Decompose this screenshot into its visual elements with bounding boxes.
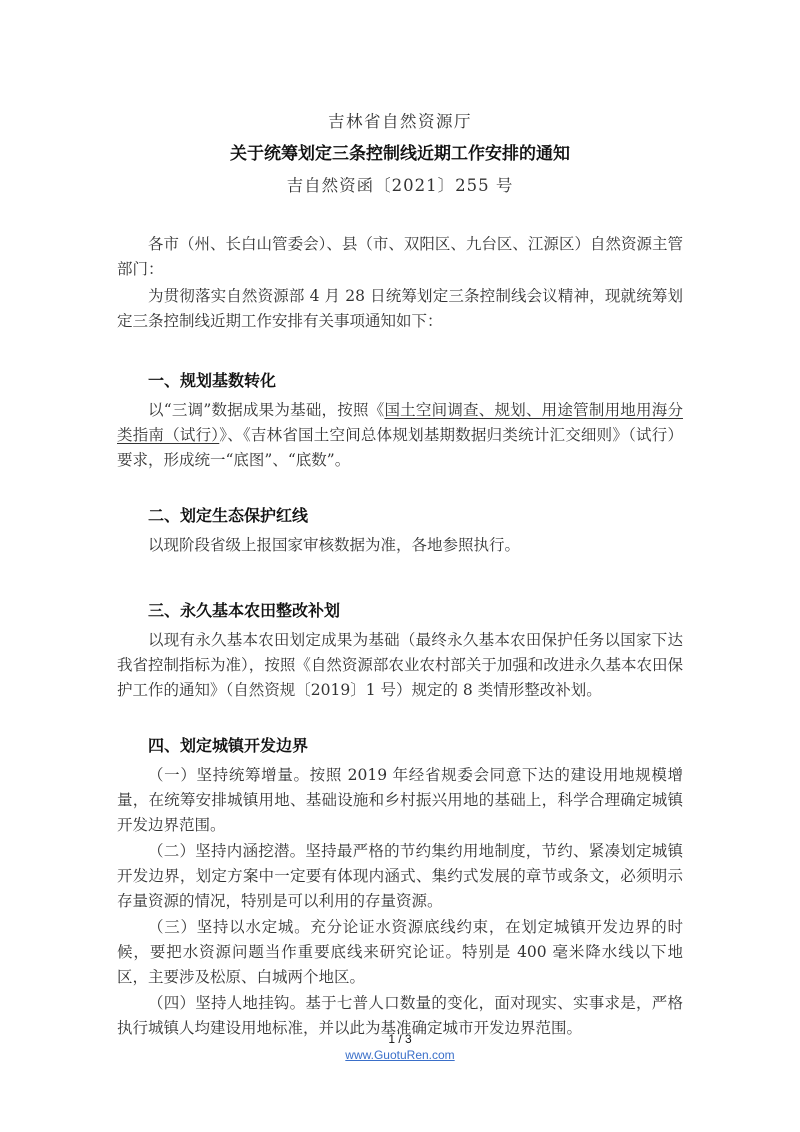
section-heading-4: 四、划定城镇开发边界 (148, 733, 308, 756)
section-4-item-3: （三）坚持以水定城。充分论证水资源底线约束，在划定城镇开发边界的时候，要把水资源… (117, 915, 683, 990)
section-heading-1: 一、规划基数转化 (148, 368, 276, 391)
section-4-item-2: （二）坚持内涵挖潜。坚持最严格的节约集约用地制度，节约、紧凑划定城镇开发边界，划… (117, 839, 683, 914)
addressee-paragraph: 各市（州、长白山管委会）、县（市、双阳区、九台区、江源区）自然资源主管部门： (117, 232, 683, 282)
intro-paragraph: 为贯彻落实自然资源部 4 月 28 日统筹划定三条控制线会议精神，现就统筹划定三… (117, 284, 683, 334)
footer-website: www.GuotuRen.com (0, 1048, 800, 1062)
section-heading-3: 三、永久基本农田整改补划 (148, 598, 340, 621)
section-2-paragraph: 以现阶段省级上报国家审核数据为准，各地参照执行。 (117, 533, 683, 558)
page-indicator: 1 / 3 (0, 1032, 800, 1046)
document-title: 关于统筹划定三条控制线近期工作安排的通知 (0, 139, 800, 164)
document-number: 吉自然资函〔2021〕255 号 (0, 172, 800, 196)
section-heading-2: 二、划定生态保护红线 (148, 503, 308, 526)
issuing-organization: 吉林省自然资源厅 (0, 108, 800, 132)
section-1-paragraph: 以“三调”数据成果为基础，按照《国土空间调查、规划、用途管制用地用海分类指南（试… (117, 398, 683, 473)
section-1-text-before: 以“三调”数据成果为基础，按照《 (148, 401, 384, 419)
website-link[interactable]: www.GuotuRen.com (345, 1048, 454, 1062)
document-page: 吉林省自然资源厅 关于统筹划定三条控制线近期工作安排的通知 吉自然资函〔2021… (0, 0, 800, 1132)
section-4-item-1: （一）坚持统筹增量。按照 2019 年经省规委会同意下达的建设用地规模增量，在统… (117, 763, 683, 838)
section-3-paragraph: 以现有永久基本农田划定成果为基础（最终永久基本农田保护任务以国家下达我省控制指标… (117, 628, 683, 703)
